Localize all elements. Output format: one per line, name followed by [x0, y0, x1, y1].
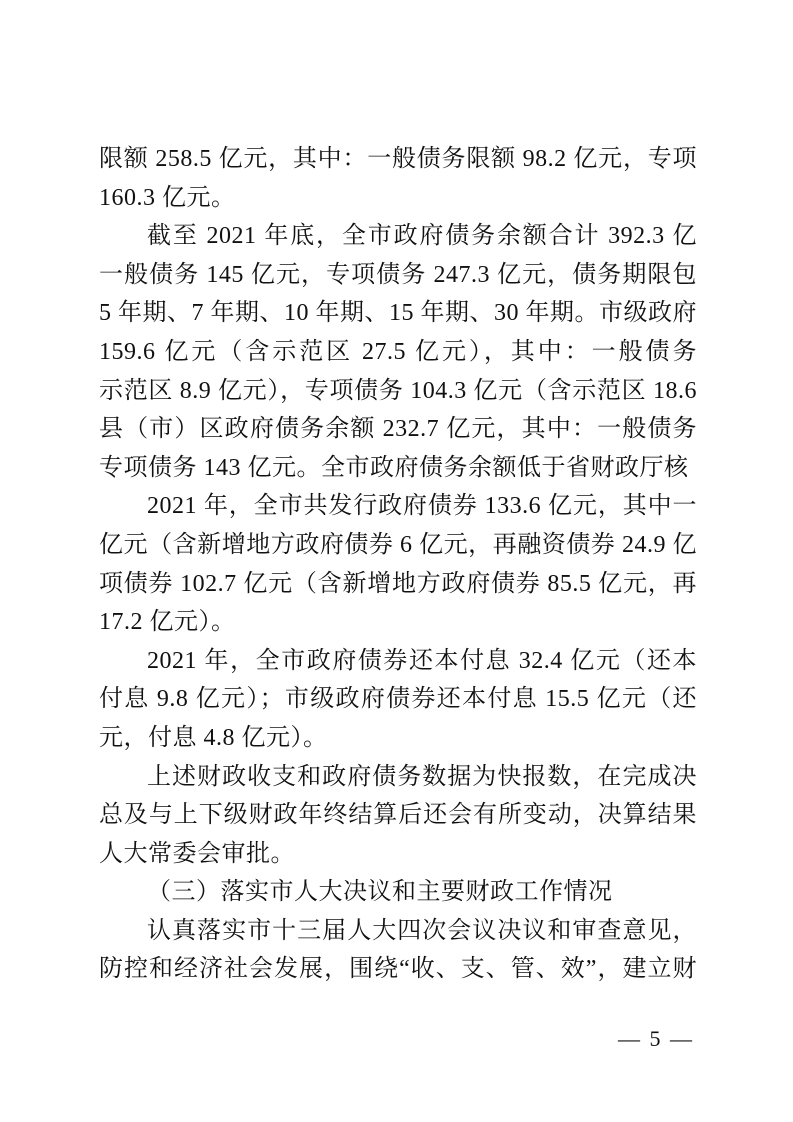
page-number: — 5 —	[618, 1024, 694, 1054]
text-line: 2021 年，全市共发行政府债券 133.6 亿元，其中一般债券 30.9	[99, 487, 697, 526]
paragraph: 2021 年，全市共发行政府债券 133.6 亿元，其中一般债券 30.9亿元（…	[99, 487, 697, 641]
text-line: 总及与上下级财政年终结算后还会有所变动，决算结果届时报市	[99, 796, 697, 835]
paragraph: 截至 2021 年底，全市政府债务余额合计 392.3 亿元，其中：一般债务 1…	[99, 217, 697, 487]
text-line: 付息 9.8 亿元）；市级政府债券还本付息 15.5 亿元（还本 10.7 亿	[99, 680, 697, 719]
text-line: 人大常委会审批。	[99, 835, 697, 874]
text-line: 17.2 亿元）。	[99, 603, 697, 642]
text-line: 元，付息 4.8 亿元）。	[99, 719, 697, 758]
document-body: 限额 258.5 亿元，其中：一般债务限额 98.2 亿元，专项债务限额160.…	[99, 140, 697, 989]
paragraph: 2021 年，全市政府债券还本付息 32.4 亿元（还本 22.6 亿元，付息 …	[99, 642, 697, 758]
text-line: 上述财政收支和政府债务数据为快报数，在完成决算审查汇	[99, 758, 697, 797]
text-line: 160.3 亿元。	[99, 179, 697, 218]
text-line: 限额 258.5 亿元，其中：一般债务限额 98.2 亿元，专项债务限额	[99, 140, 697, 179]
text-line: 项债券 102.7 亿元（含新增地方政府债券 85.5 亿元，再融资债券	[99, 565, 697, 604]
text-line: 5 年期、7 年期、10 年期、15 年期、30 年期。市级政府债务余额	[99, 294, 697, 333]
text-line: 示范区 8.9 亿元），专项债务 104.3 亿元（含示范区 18.6 亿元）；	[99, 372, 697, 411]
text-line: 截至 2021 年底，全市政府债务余额合计 392.3 亿元，其中：	[99, 217, 697, 256]
paragraph: 限额 258.5 亿元，其中：一般债务限额 98.2 亿元，专项债务限额160.…	[99, 140, 697, 217]
text-line: （三）落实市人大决议和主要财政工作情况	[99, 873, 697, 912]
text-line: 专项债务 143 亿元。全市政府债务余额低于省财政厅核定的限额。	[99, 449, 697, 488]
paragraph: 认真落实市十三届人大四次会议决议和审查意见，统筹疫情防控和经济社会发展，围绕“收…	[99, 912, 697, 989]
text-line: 亿元（含新增地方政府债券 6 亿元，再融资债券 24.9 亿元）；专	[99, 526, 697, 565]
text-line: 159.6 亿元（含示范区 27.5 亿元），其中：一般债务 55.3 亿元（含	[99, 333, 697, 372]
paragraph: 上述财政收支和政府债务数据为快报数，在完成决算审查汇总及与上下级财政年终结算后还…	[99, 758, 697, 874]
text-line: 县（市）区政府债务余额 232.7 亿元，其中：一般债务 89.7 亿元，	[99, 410, 697, 449]
text-line: 2021 年，全市政府债券还本付息 32.4 亿元（还本 22.6 亿元，	[99, 642, 697, 681]
document-page: 限额 258.5 亿元，其中：一般债务限额 98.2 亿元，专项债务限额160.…	[0, 0, 793, 1122]
paragraph: （三）落实市人大决议和主要财政工作情况	[99, 873, 697, 912]
text-line: 防控和经济社会发展，围绕“收、支、管、效”，建立财政税收工作	[99, 950, 697, 989]
text-line: 一般债务 145 亿元，专项债务 247.3 亿元，债务期限包括 3 年期、	[99, 256, 697, 295]
text-line: 认真落实市十三届人大四次会议决议和审查意见，统筹疫情	[99, 912, 697, 951]
